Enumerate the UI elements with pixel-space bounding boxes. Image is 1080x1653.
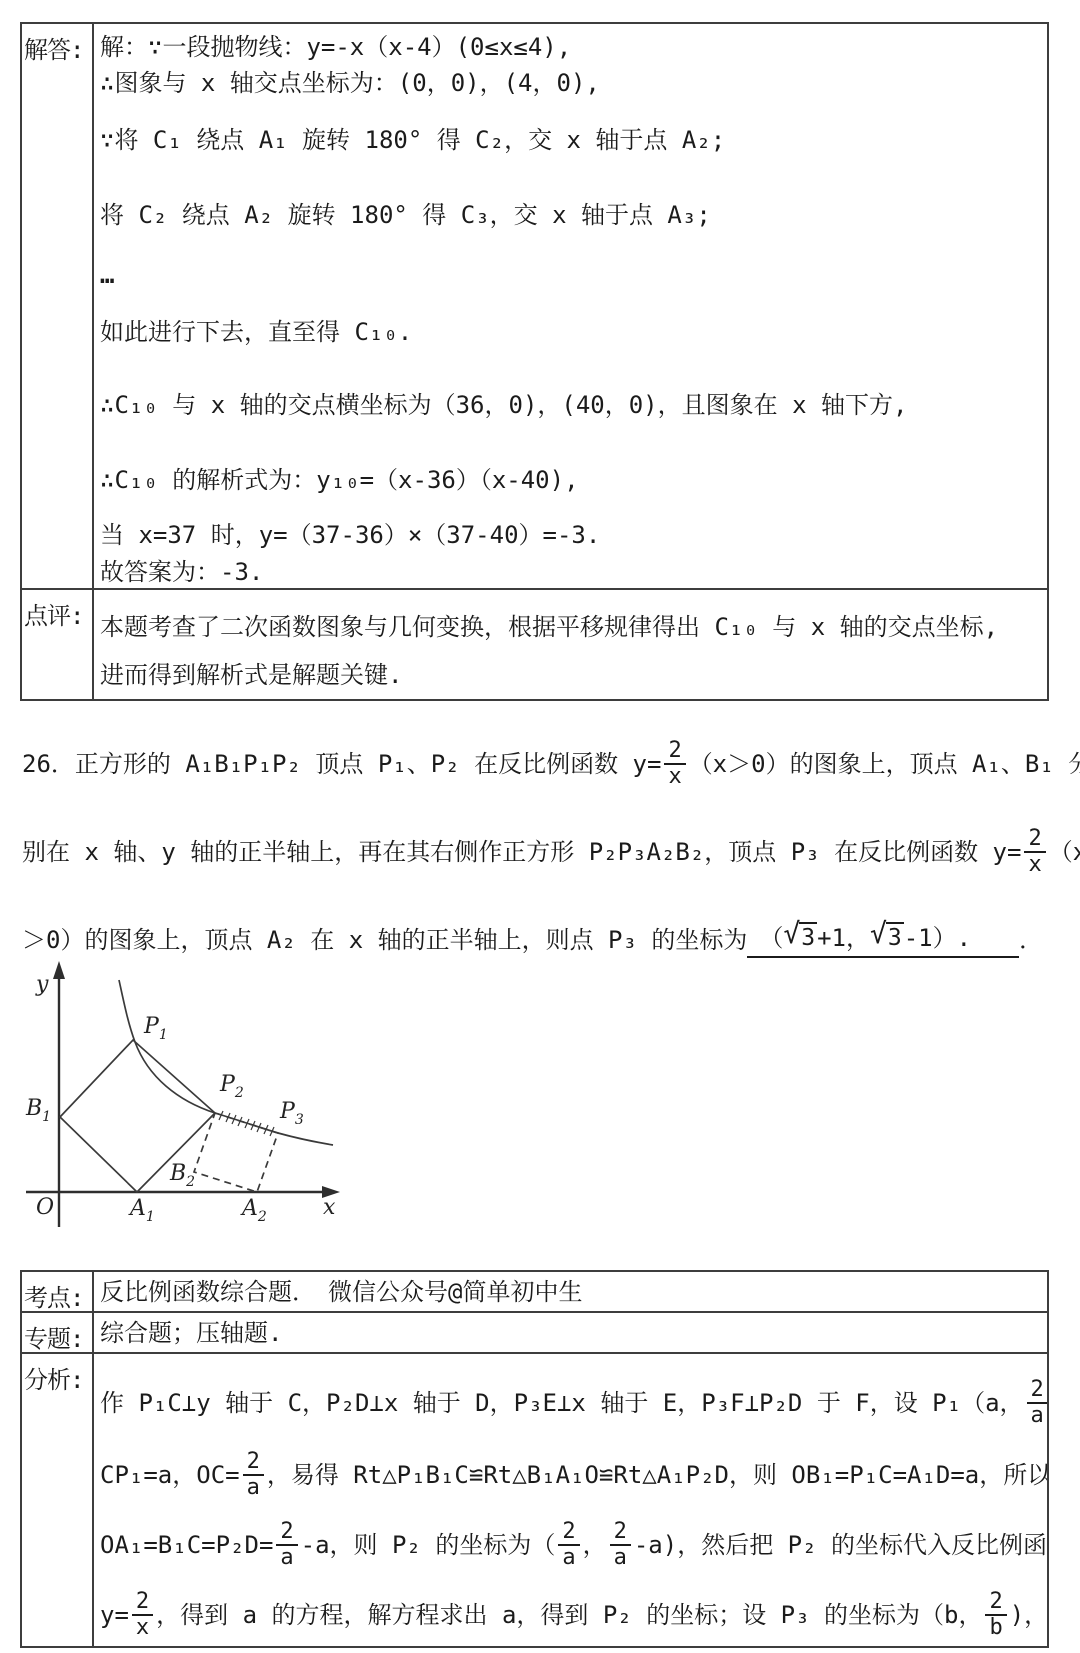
text-span: 作 P₁C⊥y 轴于 C，P₂D⊥x 轴于 D，P₃E⊥x 轴于 E，P₃F⊥P…: [100, 1388, 1024, 1418]
point-label-p2: P2: [219, 1072, 244, 1101]
square-2: [194, 1113, 278, 1192]
topic-content: 反比例函数综合题． 微信公众号@简单初中生: [94, 1272, 1047, 1311]
category-content: 综合题；压轴题.: [94, 1313, 1047, 1352]
question-26-text: 26．正方形的 A₁B₁P₁P₂ 顶点 P₁、P₂ 在反比例函数 y=2x（x＞…: [22, 720, 1054, 984]
comment-content: 本题考查了二次函数图象与几何变换，根据平移规律得出 C₁₀ 与 x 轴的交点坐标…: [94, 590, 1047, 699]
text-span: -1）.: [904, 923, 1019, 953]
text-line: 反比例函数综合题． 微信公众号@简单初中生: [100, 1277, 1041, 1307]
point-label-b1: B1: [25, 1096, 51, 1125]
text-line: 解：∵一段抛物线：y=-x（x-4）(0≤x≤4),: [100, 32, 1041, 62]
text-line: ∴图象与 x 轴交点坐标为：(0，0)，(4，0),: [100, 68, 1041, 98]
fraction: 2a: [243, 1450, 264, 1500]
table-row-topic: 考点: 反比例函数综合题． 微信公众号@简单初中生: [22, 1272, 1047, 1313]
fraction: 2a: [276, 1520, 297, 1570]
geometry-diagram: y O x P1 P2 P3 B1 B2 A1 A2: [20, 955, 350, 1235]
text-span: ，得到 a 的方程，解方程求出 a，得到 P₂ 的坐标；设 P₃ 的坐标为（b，: [156, 1600, 982, 1630]
text-line: 故答案为：-3.: [100, 557, 1041, 587]
hatching: [219, 1111, 274, 1136]
analysis-content: 作 P₁C⊥y 轴于 C，P₂D⊥x 轴于 D，P₃E⊥x 轴于 E，P₃F⊥P…: [94, 1354, 1047, 1646]
point-label-p3: P3: [279, 1099, 304, 1128]
text-line: 综合题；压轴题.: [100, 1318, 1041, 1348]
text-span: -a)，然后把 P₂ 的坐标代入反比例函数: [634, 1530, 1047, 1560]
point-label-a1: A1: [128, 1196, 155, 1225]
fraction: 2x: [1024, 827, 1045, 877]
text-line: 将 C₂ 绕点 A₂ 旋转 180° 得 C₃，交 x 轴于点 A₃;: [100, 200, 1041, 230]
text-span: )，易: [1010, 1600, 1047, 1630]
fraction: 2x: [132, 1590, 153, 1640]
row-label-comment: 点评:: [22, 590, 94, 699]
table-row-comment: 点评: 本题考查了二次函数图象与几何变换，根据平移规律得出 C₁₀ 与 x 轴的…: [22, 590, 1047, 699]
row-label-answer: 解答:: [22, 24, 94, 588]
text-span: CP₁=a，OC=: [100, 1460, 240, 1490]
text-line: 26．正方形的 A₁B₁P₁P₂ 顶点 P₁、P₂ 在反比例函数 y=2x（x＞…: [22, 720, 1054, 808]
fraction: 2b: [985, 1590, 1006, 1640]
row-label-topic: 考点:: [22, 1272, 94, 1311]
text-line: 别在 x 轴、y 轴的正半轴上，再在其右侧作正方形 P₂P₃A₂B₂，顶点 P₃…: [22, 808, 1054, 896]
square-1: [60, 1040, 215, 1192]
x-axis-label: x: [323, 1195, 336, 1220]
point-label-p1: P1: [143, 1014, 168, 1043]
text-span: +1，: [817, 923, 870, 953]
text-span: （x＞0）的图象上，顶点 A₁、B₁ 分: [689, 749, 1080, 779]
text-span: （x: [1049, 837, 1080, 867]
fraction: 2a: [610, 1520, 631, 1570]
fraction: 2x: [664, 739, 685, 789]
y-axis-label: y: [35, 972, 49, 997]
fraction: 2a: [1027, 1378, 1047, 1428]
row-label-analysis: 分析:: [22, 1354, 94, 1646]
point-label-a2: A2: [240, 1196, 267, 1225]
table-row-category: 专题: 综合题；压轴题.: [22, 1313, 1047, 1354]
origin-label: O: [36, 1195, 54, 1220]
text-span: ，: [583, 1530, 607, 1560]
text-span: 别在 x 轴、y 轴的正半轴上，再在其右侧作正方形 P₂P₃A₂B₂，顶点 P₃…: [22, 837, 1021, 867]
text-span: ．: [1019, 925, 1043, 955]
point-label-b2: B2: [169, 1161, 195, 1190]
text-line: 作 P₁C⊥y 轴于 C，P₂D⊥x 轴于 D，P₃E⊥x 轴于 E，P₃F⊥P…: [100, 1368, 1041, 1438]
text-line: 本题考查了二次函数图象与几何变换，根据平移规律得出 C₁₀ 与 x 轴的交点坐标…: [100, 612, 1041, 642]
text-span: OA₁=B₁C=P₂D=: [100, 1530, 273, 1560]
text-line: ∵将 C₁ 绕点 A₁ 旋转 180° 得 C₂，交 x 轴于点 A₂;: [100, 125, 1041, 155]
text-line: …: [100, 260, 1041, 290]
table-row-answer: 解答: 解：∵一段抛物线：y=-x（x-4）(0≤x≤4),∴图象与 x 轴交点…: [22, 24, 1047, 590]
analysis-table: 考点: 反比例函数综合题． 微信公众号@简单初中生 专题: 综合题；压轴题. 分…: [20, 1270, 1049, 1648]
text-line: 如此进行下去，直至得 C₁₀.: [100, 317, 1041, 347]
text-line: y=2x，得到 a 的方程，解方程求出 a，得到 P₂ 的坐标；设 P₃ 的坐标…: [100, 1580, 1041, 1646]
table-row-analysis: 分析: 作 P₁C⊥y 轴于 C，P₂D⊥x 轴于 D，P₃E⊥x 轴于 E，P…: [22, 1354, 1047, 1646]
text-line: 当 x=37 时，y=（37-36）×（37-40）=-3.: [100, 520, 1041, 550]
text-span: -a，则 P₂ 的坐标为（: [301, 1530, 556, 1560]
sqrt-expression: √3: [783, 922, 817, 953]
solution-table: 解答: 解：∵一段抛物线：y=-x（x-4）(0≤x≤4),∴图象与 x 轴交点…: [20, 22, 1049, 701]
row-label-category: 专题:: [22, 1313, 94, 1352]
text-line: ∴C₁₀ 与 x 轴的交点横坐标为（36，0)，(40，0)，且图象在 x 轴下…: [100, 390, 1041, 420]
answer-content: 解：∵一段抛物线：y=-x（x-4）(0≤x≤4),∴图象与 x 轴交点坐标为：…: [94, 24, 1047, 588]
text-span: 26．正方形的 A₁B₁P₁P₂ 顶点 P₁、P₂ 在反比例函数 y=: [22, 749, 661, 779]
answer-blank: （√3+1，√3-1）.: [747, 922, 1019, 958]
fraction: 2a: [558, 1520, 579, 1570]
sqrt-expression: √3: [870, 922, 904, 953]
text-span: y=: [100, 1600, 129, 1630]
text-line: ∴C₁₀ 的解析式为：y₁₀=（x-36）（x-40),: [100, 465, 1041, 495]
text-span: ，易得 Rt△P₁B₁C≌Rt△B₁A₁O≌Rt△A₁P₂D，则 OB₁=P₁C…: [267, 1460, 1047, 1490]
text-line: 进而得到解析式是解题关键.: [100, 660, 1041, 690]
text-line: OA₁=B₁C=P₂D=2a-a，则 P₂ 的坐标为（2a，2a-a)，然后把 …: [100, 1510, 1041, 1580]
text-span: ＞0）的图象上，顶点 A₂ 在 x 轴的正半轴上，则点 P₃ 的坐标为: [22, 925, 747, 955]
text-line: CP₁=a，OC=2a，易得 Rt△P₁B₁C≌Rt△B₁A₁O≌Rt△A₁P₂…: [100, 1440, 1041, 1510]
text-span: （: [747, 923, 783, 953]
y-axis-arrow-icon: [53, 961, 65, 979]
